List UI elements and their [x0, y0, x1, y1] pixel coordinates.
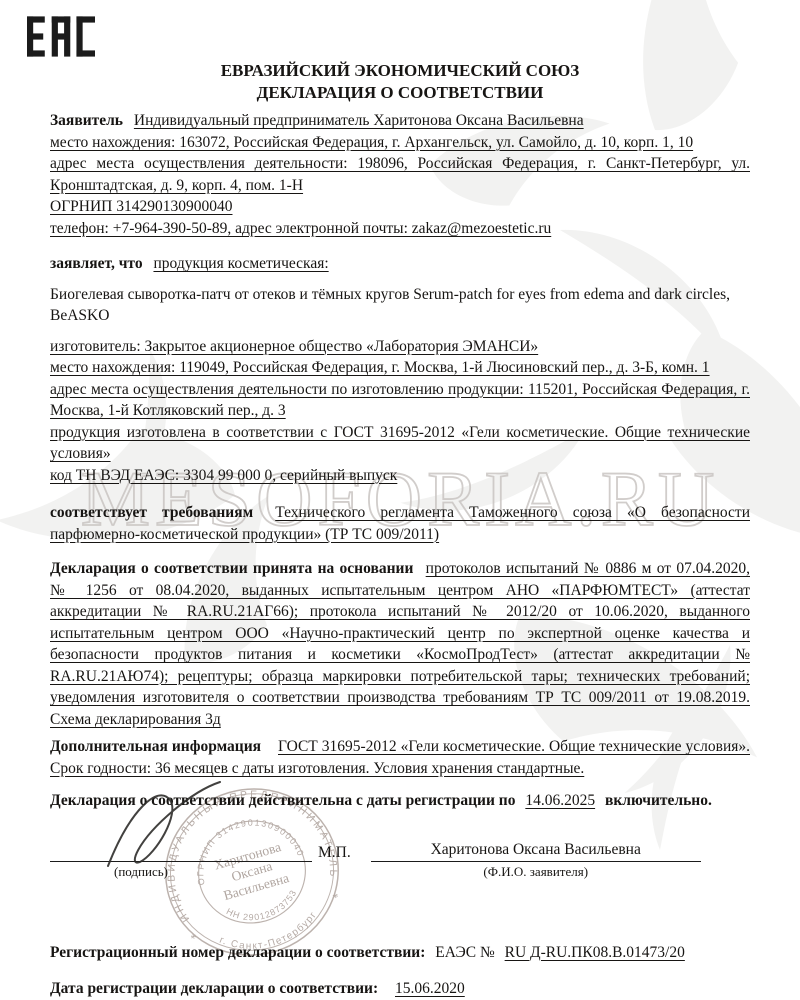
- declares-label: заявляет, что: [50, 255, 143, 272]
- additional-info-label: Дополнительная информация: [50, 738, 261, 755]
- eac-logo-icon: [27, 14, 95, 59]
- applicant-contacts: телефон: +7-964-390-50-89, адрес электро…: [50, 220, 551, 237]
- applicant-activity-address-line: адрес места осуществления деятельности: …: [50, 153, 750, 196]
- applicant-label: Заявитель: [50, 112, 123, 129]
- applicant-ogrnip-line: ОГРНИП 314290130900040: [50, 196, 750, 218]
- manufacturer-production-address-line: адрес места осуществления деятельности п…: [50, 379, 750, 422]
- signature-line: [50, 838, 312, 862]
- signature-caption: (подпись): [114, 864, 312, 880]
- manufacturer-gost-line: продукция изготовлена в соответствии с Г…: [50, 422, 750, 465]
- applicant-ogrnip: ОГРНИП 314290130900040: [50, 198, 232, 215]
- applicant-section: Заявитель Индивидуальный предприниматель…: [50, 110, 750, 239]
- applicant-location-line: место нахождения: 163072, Российская Фед…: [50, 132, 750, 154]
- applicant-name-line: Заявитель Индивидуальный предприниматель…: [50, 110, 750, 132]
- validity-prefix: Декларация о соответствии действительна …: [50, 792, 515, 809]
- compliance-label: соответствует требованиям: [50, 504, 253, 521]
- registration-number-line: Регистрационный номер декларации о соотв…: [50, 942, 750, 964]
- registration-date-line: Дата регистрации декларации о соответств…: [50, 978, 750, 1000]
- applicant-contacts-line: телефон: +7-964-390-50-89, адрес электро…: [50, 218, 750, 240]
- declares-line: заявляет, что продукция косметическая:: [50, 253, 750, 275]
- title-union: ЕВРАЗИЙСКИЙ ЭКОНОМИЧЕСКИЙ СОЮЗ: [50, 60, 750, 82]
- manufacturer-tnved-line: код ТН ВЭД ЕАЭС: 3304 99 000 0, серийный…: [50, 465, 750, 487]
- applicant-location: место нахождения: 163072, Российская Фед…: [50, 134, 693, 151]
- manufacturer-name: изготовитель: Закрытое акционерное общес…: [50, 338, 538, 355]
- basis-label: Декларация о соответствии принята на осн…: [50, 560, 413, 577]
- registration-date-value: 15.06.2020: [395, 980, 465, 997]
- basis-value: протоколов испытаний № 0886 м от 07.04.2…: [50, 560, 750, 728]
- manufacturer-tnved: код ТН ВЭД ЕАЭС: 3304 99 000 0, серийный…: [50, 467, 397, 484]
- manufacturer-location: место нахождения: 119049, Российская Фед…: [50, 359, 710, 376]
- registration-number-prefix: ЕАЭС №: [435, 944, 495, 961]
- applicant-fio-value: Харитонова Оксана Васильевна: [371, 838, 701, 862]
- applicant-fio-caption: (Ф.И.О. заявителя): [371, 864, 701, 880]
- eac-logo-text: ЕАС: [50, 10, 51, 11]
- signature-row: (подпись) М.П. Харитонова Оксана Василье…: [50, 838, 750, 880]
- declaration-document: ЕАС ЕВРАЗИЙСКИЙ ЭКОНОМИЧЕСКИЙ СОЮЗ ДЕКЛА…: [0, 0, 800, 1000]
- registration-number-value: RU Д-RU.ПК08.В.01473/20: [505, 944, 685, 961]
- stamp-place-label: М.П.: [318, 844, 351, 862]
- applicant-name: Индивидуальный предприниматель Харитонов…: [134, 112, 584, 129]
- declares-value: продукция косметическая:: [153, 255, 328, 272]
- product-line-1: Биогелевая сыворотка-патч от отеков и тё…: [50, 284, 750, 306]
- validity-date: 14.06.2025: [525, 792, 595, 809]
- compliance-line: соответствует требованиям Технического р…: [50, 502, 750, 545]
- validity-suffix: включительно.: [605, 792, 712, 809]
- validity-line: Декларация о соответствии действительна …: [50, 790, 750, 812]
- manufacturer-production-address: адрес места осуществления деятельности п…: [50, 381, 750, 420]
- manufacturer-gost: продукция изготовлена в соответствии с Г…: [50, 424, 750, 463]
- additional-info-line: Дополнительная информация ГОСТ 31695-201…: [50, 736, 750, 779]
- basis-paragraph: Декларация о соответствии принята на осн…: [50, 558, 750, 730]
- applicant-fio-field: Харитонова Оксана Васильевна (Ф.И.О. зая…: [371, 838, 701, 880]
- product-name: Биогелевая сыворотка-патч от отеков и тё…: [50, 284, 750, 327]
- manufacturer-name-line: изготовитель: Закрытое акционерное общес…: [50, 336, 750, 358]
- signature-field: (подпись): [50, 838, 312, 880]
- page-title: ЕВРАЗИЙСКИЙ ЭКОНОМИЧЕСКИЙ СОЮЗ ДЕКЛАРАЦИ…: [50, 60, 750, 103]
- manufacturer-location-line: место нахождения: 119049, Российская Фед…: [50, 357, 750, 379]
- registration-date-label: Дата регистрации декларации о соответств…: [50, 980, 378, 997]
- registration-number-label: Регистрационный номер декларации о соотв…: [50, 944, 425, 961]
- manufacturer-section: изготовитель: Закрытое акционерное общес…: [50, 336, 750, 487]
- product-line-2: BeASKO: [50, 305, 750, 327]
- applicant-activity-address: адрес места осуществления деятельности: …: [50, 155, 750, 194]
- title-doc-type: ДЕКЛАРАЦИЯ О СООТВЕТСТВИИ: [50, 82, 750, 104]
